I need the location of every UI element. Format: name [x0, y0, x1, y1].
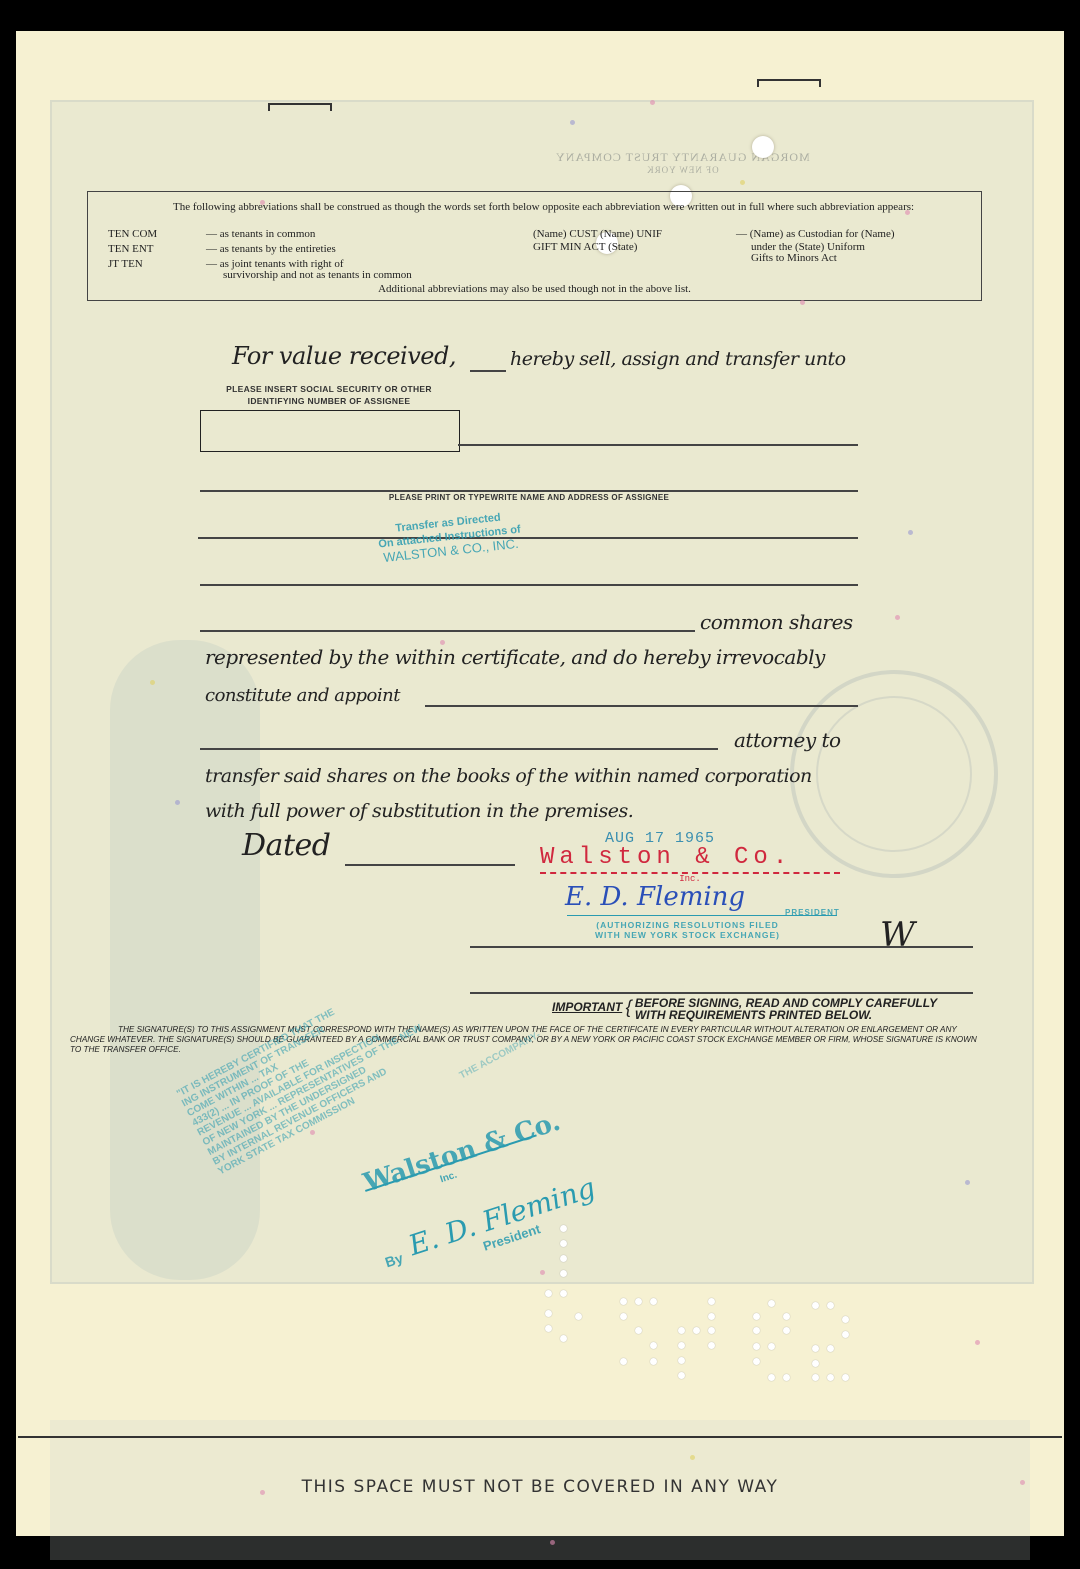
name-address-label: PLEASE PRINT OR TYPEWRITE NAME AND ADDRE…	[200, 492, 858, 504]
attorney-name-line-2[interactable]	[200, 748, 718, 750]
abbr-code: TEN ENT	[108, 243, 154, 255]
constitute-text: constitute and appoint	[205, 685, 400, 706]
abbreviations-footer: Additional abbreviations may also be use…	[88, 283, 981, 295]
president-label: PRESIDENT	[785, 908, 840, 917]
corporate-seal-emboss	[790, 670, 998, 878]
for-value-received: For value received,	[232, 342, 456, 370]
important-notice: IMPORTANT { BEFORE SIGNING, READ AND COM…	[552, 997, 937, 1021]
attorney-to-text: attorney to	[734, 728, 841, 752]
abbr-meaning: — as tenants in common	[206, 228, 315, 240]
authorizing-resolutions-stamp: (AUTHORIZING RESOLUTIONS FILED WITH NEW …	[595, 920, 780, 940]
signature-line-2[interactable]	[470, 992, 973, 994]
assignor-blank[interactable]	[470, 370, 506, 372]
punch-hole	[752, 136, 774, 158]
abbr-unif-code: GIFT MIN ACT (State)	[533, 241, 637, 253]
represented-text: represented by the within certificate, a…	[205, 645, 825, 669]
address-line-2[interactable]	[200, 584, 858, 586]
attorney-name-line[interactable]	[425, 705, 858, 707]
abbr-meaning: — as tenants by the entireties	[206, 243, 336, 255]
abbr-code: JT TEN	[108, 258, 143, 270]
shares-count-line[interactable]	[200, 630, 695, 632]
staple-mark	[268, 103, 332, 111]
abbr-unif-meaning: Gifts to Minors Act	[751, 252, 837, 264]
common-shares-text: common shares	[700, 610, 853, 634]
dated-label: Dated	[242, 828, 330, 863]
abbr-unif-meaning: — (Name) as Custodian for (Name)	[736, 228, 895, 240]
initials-mark: W	[880, 915, 915, 955]
president-signature: E. D. Fleming	[565, 882, 745, 912]
full-power-text: with full power of substitution in the p…	[205, 800, 633, 822]
abbr-code: TEN COM	[108, 228, 157, 240]
transfer-text: transfer said shares on the books of the…	[205, 765, 812, 787]
date-line[interactable]	[345, 864, 515, 866]
ssn-input-box[interactable]	[200, 410, 460, 452]
abbreviations-box: The following abbreviations shall be con…	[87, 191, 982, 301]
hereby-sell-text: hereby sell, assign and transfer unto	[510, 348, 846, 370]
staple-mark	[757, 79, 821, 87]
address-line-1[interactable]	[198, 537, 858, 539]
abbr-meaning-cont: survivorship and not as tenants in commo…	[223, 269, 412, 281]
assignee-line-1[interactable]	[458, 444, 858, 446]
abbreviations-intro: The following abbreviations shall be con…	[103, 201, 963, 214]
ssn-label: PLEASE INSERT SOCIAL SECURITY OR OTHER I…	[198, 383, 460, 407]
abbr-unif-code: (Name) CUST (Name) UNIF	[533, 228, 662, 240]
do-not-cover-notice: THIS SPACE MUST NOT BE COVERED IN ANY WA…	[0, 1477, 1080, 1497]
show-through-vignette	[110, 640, 260, 1280]
bottom-divider	[18, 1436, 1062, 1438]
walston-red-stamp: Walston & Co.	[540, 844, 792, 871]
